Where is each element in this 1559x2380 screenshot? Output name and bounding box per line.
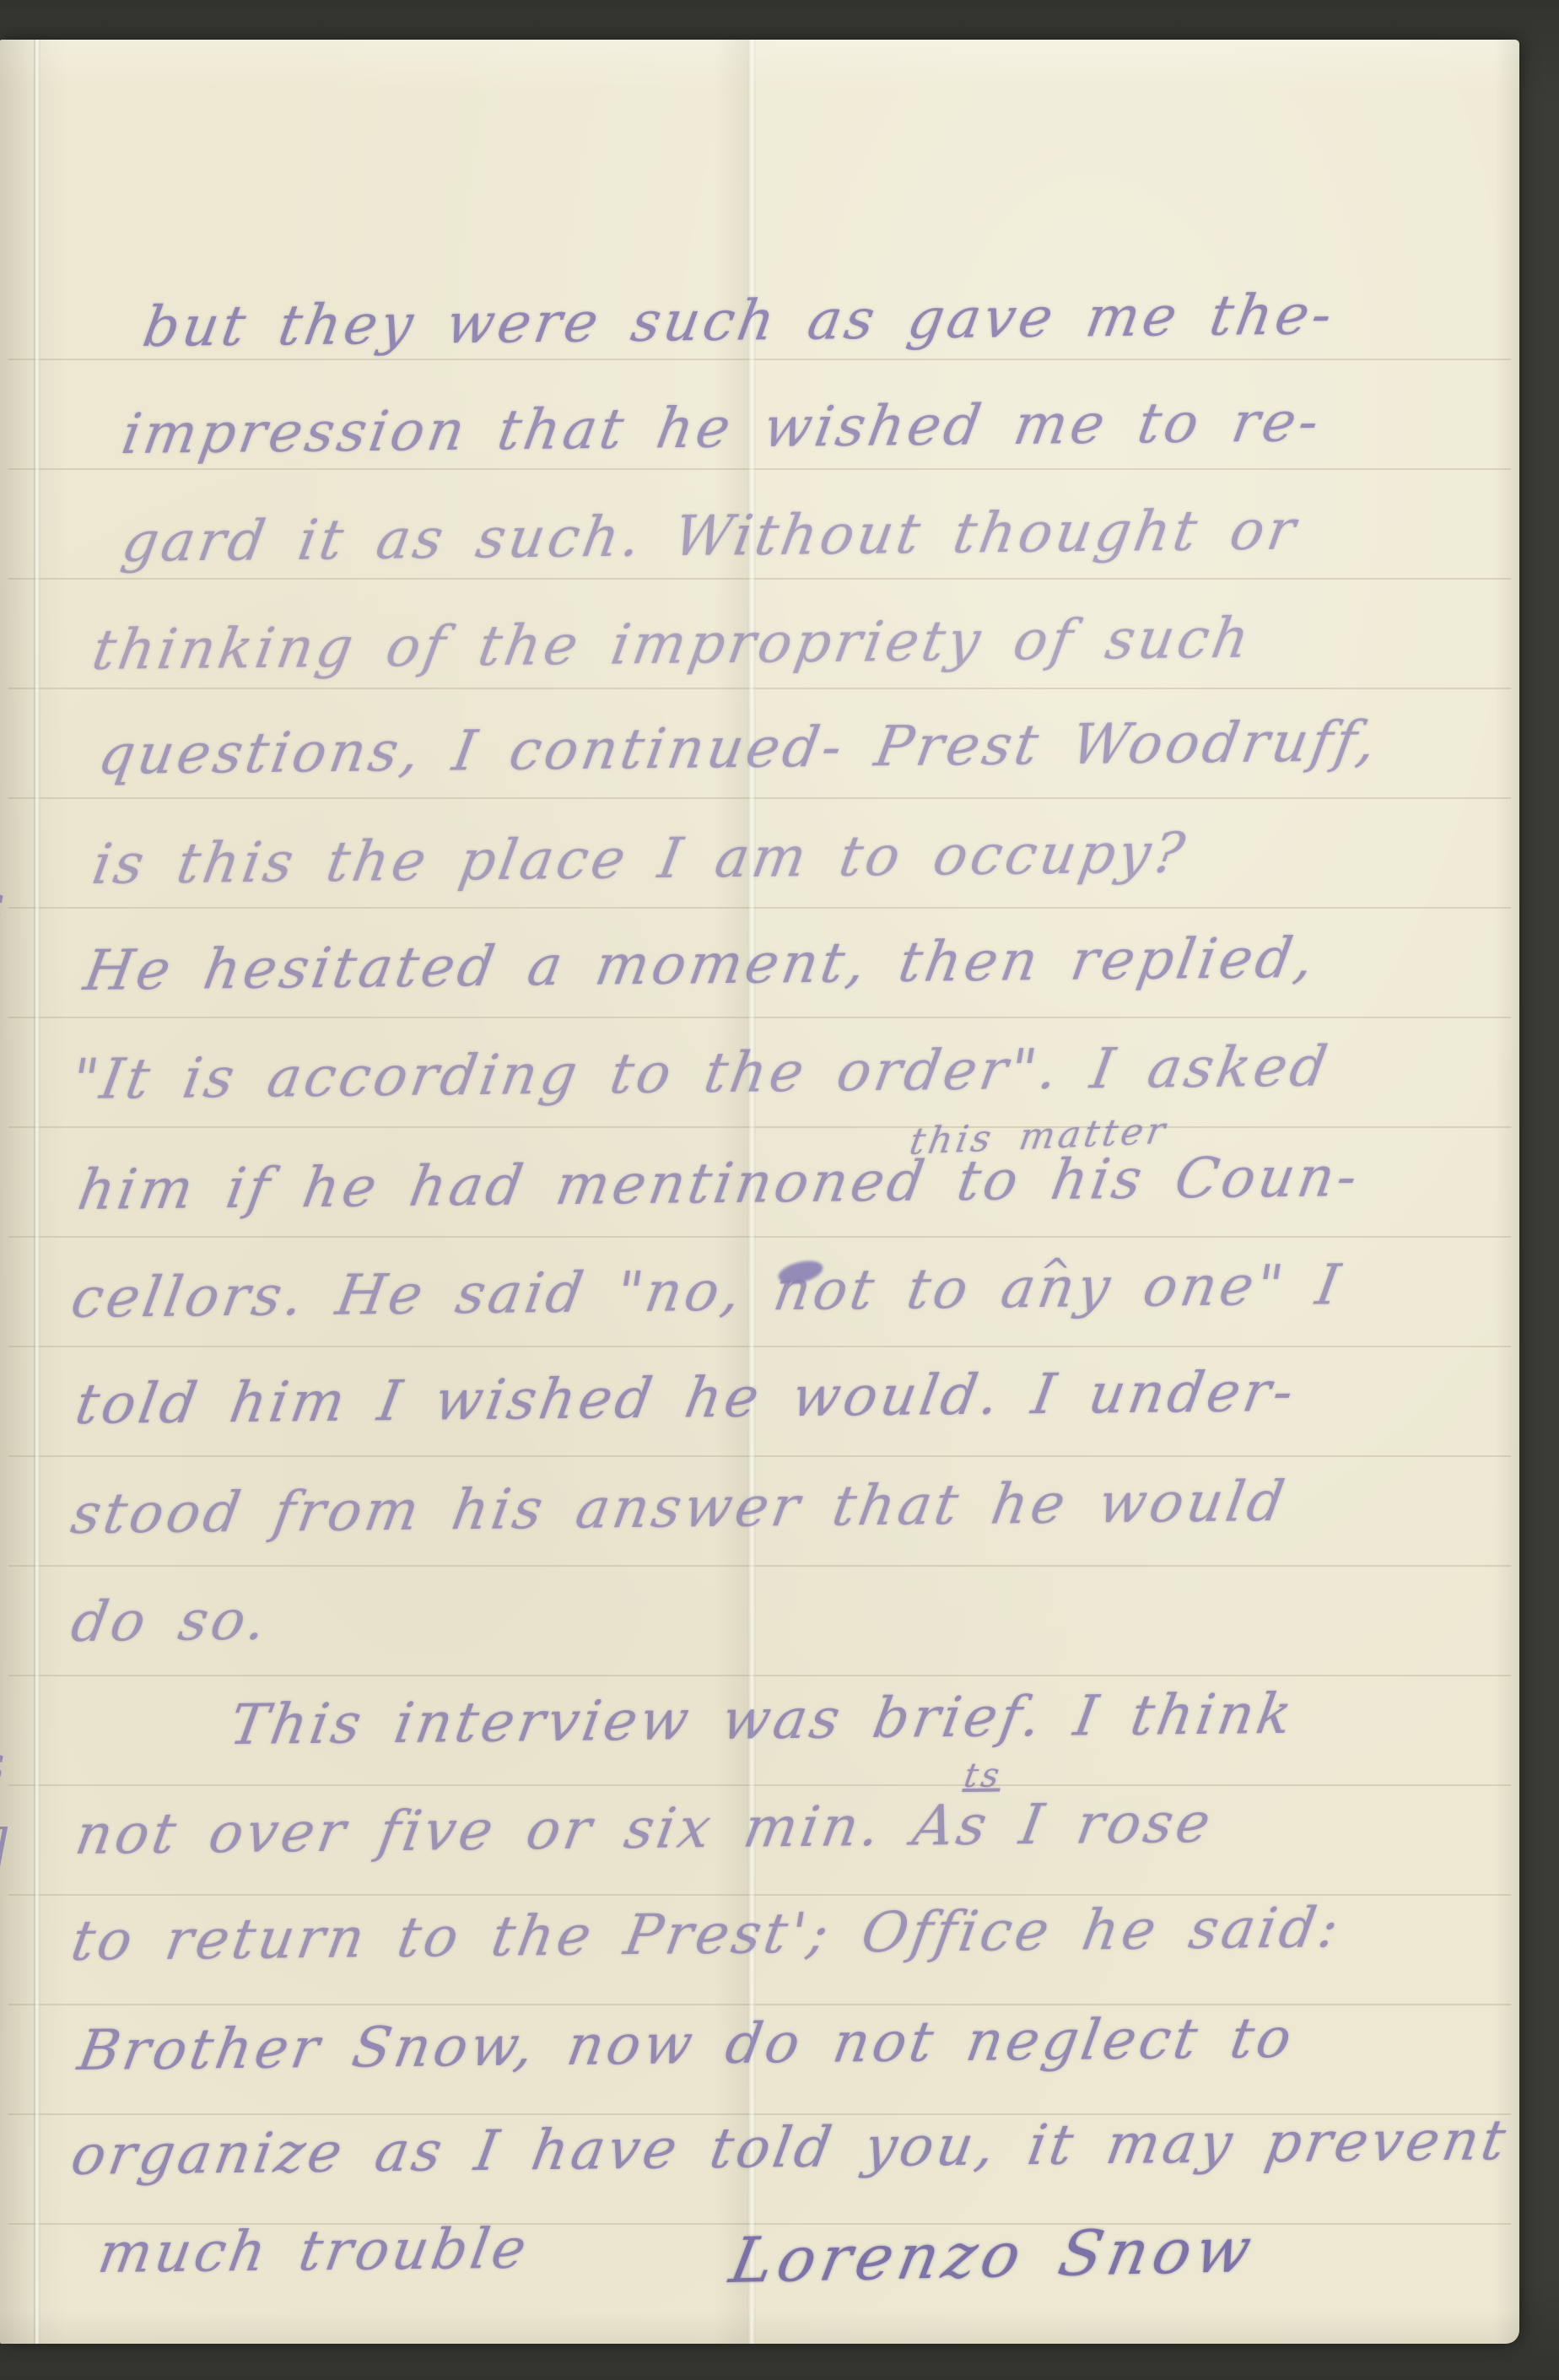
handwritten-line: stood from his answer that he would: [67, 1474, 1292, 1542]
handwritten-line: cellors. He said "no, not to any one" I: [67, 1257, 1347, 1326]
handwritten-line: not over five or six min. As I rose: [72, 1795, 1217, 1863]
handwritten-line: organize as I have told you, it may prev…: [67, 2113, 1513, 2183]
handwritten-line: He hesitated a moment, then replied,: [80, 931, 1321, 999]
edge-ink-mark: d: [0, 1822, 10, 1875]
handwritten-line: questions, I continued- Prest Woodruff,: [94, 714, 1384, 783]
handwritten-line: him if he had mentinoned to his Coun-: [74, 1149, 1364, 1218]
handwritten-line: Brother Snow, now do not neglect to: [74, 2010, 1298, 2079]
left-fold-crease: [34, 40, 40, 2344]
handwritten-line: This interview was brief. I think: [226, 1687, 1299, 1753]
letter-page: but they were such as gave me the- impre…: [0, 40, 1519, 2344]
insertion-caret: ^: [1036, 1255, 1076, 1292]
signature: Lorenzo Snow: [726, 2219, 1261, 2292]
handwritten-line: gard it as such. Without thought or: [118, 502, 1303, 570]
handwritten-line: much trouble: [94, 2221, 533, 2281]
handwritten-line: do so.: [67, 1593, 273, 1650]
edge-ink-mark: s: [0, 1738, 5, 1790]
handwritten-line: impression that he wished me to re-: [118, 394, 1326, 462]
superscript-ts: ts: [962, 1759, 1005, 1793]
handwritten-line: thinking of the impropriety of such: [89, 611, 1256, 678]
edge-ink-mark: c: [0, 877, 4, 930]
interlinear-insertion: this matter: [907, 1113, 1171, 1161]
handwritten-line: is this the place I am to occupy?: [89, 825, 1191, 893]
handwritten-line: to return to the Prest'; Office he said:: [67, 1900, 1346, 1969]
handwritten-line: told him I wished he would. I under-: [72, 1364, 1300, 1433]
handwritten-line: but they were such as gave me the-: [139, 287, 1339, 355]
handwritten-line: "It is according to the order". I asked: [67, 1039, 1335, 1108]
scan-background: { "letter": { "description": "Scanned pa…: [0, 0, 1559, 2380]
